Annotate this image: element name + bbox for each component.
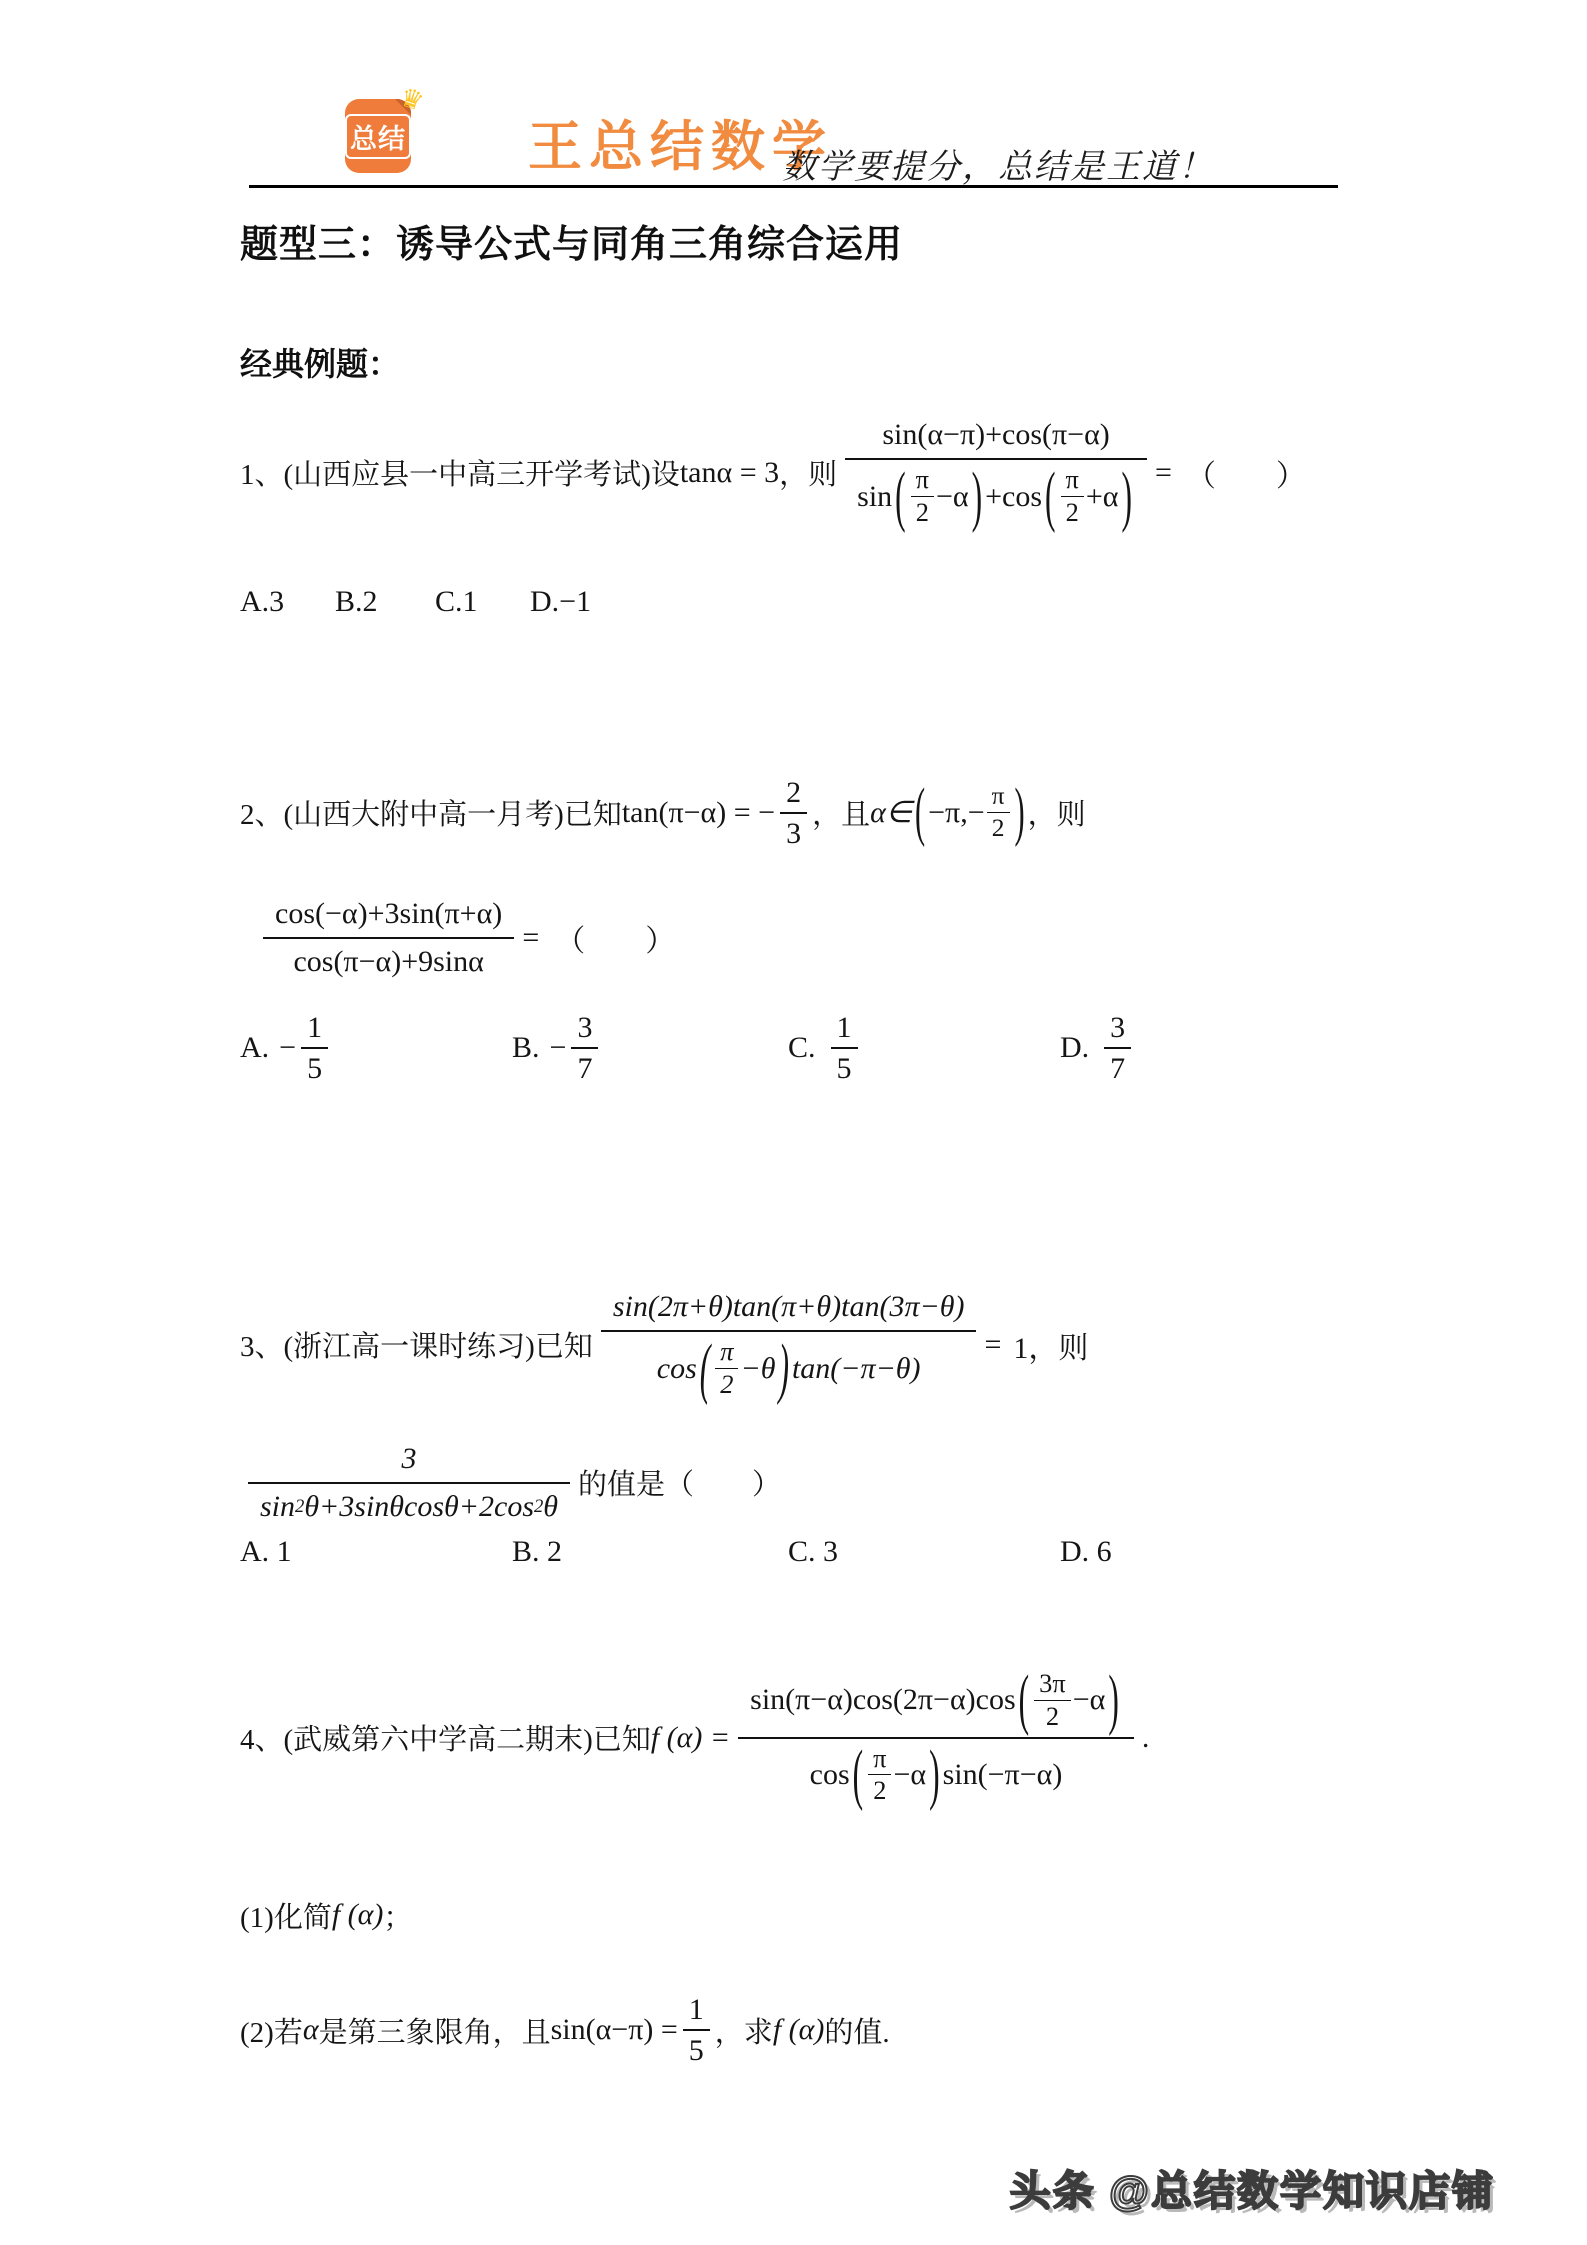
problem-3-fraction-2: 3 sin2θ+3sinθcosθ+2cos2θ <box>248 1440 570 1526</box>
problem-4-part-2: (2)若 α 是第三象限角，且 sin(α−π) = 1 5 ，求 f (α) … <box>240 1975 890 2085</box>
problem-1-then: ，则 <box>779 452 837 493</box>
fraction-denominator: sin2θ+3sinθcosθ+2cos2θ <box>248 1482 570 1526</box>
option-c: C. 3 <box>788 1535 1060 1569</box>
problem-3-lead: 3、(浙江高一课时练习)已知 <box>240 1324 593 1365</box>
small-denominator: 5 <box>301 1047 328 1085</box>
small-numerator: 3 <box>571 1011 598 1047</box>
math-token: −θ <box>740 1352 775 1386</box>
open-paren: ( <box>895 458 906 535</box>
part-2-end: 的值. <box>824 2010 889 2051</box>
problem-1-fraction: sin(α−π)+cos(π−α) sin ( π 2 −α ) +cos ( … <box>845 416 1147 528</box>
exponent: 2 <box>534 1496 543 1518</box>
small-numerator: 1 <box>683 1993 710 2029</box>
option-c: C.1 <box>435 585 530 619</box>
watermark-text: 头条 @总结数学知识店铺 <box>1010 2158 1495 2217</box>
small-numerator: 1 <box>831 1011 858 1047</box>
small-denominator: 2 <box>1034 1700 1071 1731</box>
small-numerator: π <box>868 1745 891 1775</box>
exponent: 2 <box>295 1496 304 1518</box>
logo-icon-text: 总结 <box>345 114 411 159</box>
math-token: sin(−π−α) <box>943 1758 1063 1792</box>
close-paren: ) <box>972 458 983 535</box>
fraction-numerator: sin(π−α)cos(2π−α)cos ( 3π 2 −α ) <box>738 1668 1134 1736</box>
problem-4-fraction: sin(π−α)cos(2π−α)cos ( 3π 2 −α ) cos ( π… <box>738 1668 1134 1807</box>
option-label: A. <box>240 1031 269 1065</box>
option-b: B.2 <box>335 585 435 619</box>
math-token: +cos <box>985 480 1042 514</box>
close-paren: ) <box>1122 458 1133 535</box>
option-b: B. − 3 7 <box>512 1011 788 1085</box>
function-name: f (α) = <box>651 1721 730 1755</box>
small-denominator: 2 <box>868 1774 891 1805</box>
alpha-in: α∈ <box>870 795 912 830</box>
small-denominator: 5 <box>831 1047 858 1085</box>
open-paren: ( <box>853 1736 864 1813</box>
small-numerator: 2 <box>780 776 807 812</box>
small-denominator: 2 <box>1061 496 1084 527</box>
option-fraction: 3 7 <box>1104 1011 1131 1085</box>
option-d: D. 3 7 <box>1060 1011 1136 1085</box>
fraction-denominator: cos(π−α)+9sinα <box>263 937 514 981</box>
small-denominator: 7 <box>571 1047 598 1085</box>
option-fraction: 1 5 <box>831 1011 858 1085</box>
problem-2-options: A. − 1 5 B. − 3 7 C. 1 5 D. 3 7 <box>240 1000 1136 1095</box>
equals-sign: = <box>984 1328 1001 1362</box>
part-2-mid: 是第三象限角，且 <box>319 2010 551 2051</box>
pi-over-2: π 2 <box>911 466 934 526</box>
math-token: θ+3sinθcosθ+2cos <box>304 1490 534 1524</box>
problem-4-lead: 4、(武威第六中学高二期末)已知 <box>240 1717 651 1758</box>
part-1-end: ； <box>383 1895 412 1936</box>
section-label: 经典例题： <box>240 339 400 385</box>
problem-1-condition: tanα = 3 <box>680 456 779 490</box>
small-denominator: 2 <box>987 812 1010 842</box>
small-numerator: 3π <box>1034 1670 1071 1700</box>
problem-3-expression: 3 sin2θ+3sinθcosθ+2cos2θ 的值是（ ） <box>240 1425 781 1540</box>
part-1-pre: (1)化简 <box>240 1895 332 1936</box>
option-c: C. 1 5 <box>788 1011 1060 1085</box>
header-divider <box>249 185 1338 188</box>
small-numerator: 1 <box>301 1011 328 1047</box>
problem-2-statement: 2、(山西大附中高一月考)已知 tan(π−α) = − 2 3 ，且 α∈ (… <box>240 755 1086 870</box>
close-paren: ) <box>1108 1662 1119 1739</box>
problem-3-fraction: sin(2π+θ)tan(π+θ)tan(3π−θ) cos ( π 2 −θ … <box>601 1288 977 1400</box>
two-thirds-fraction: 2 3 <box>780 776 807 850</box>
problem-1-options: A.3 B.2 C.1 D.−1 <box>240 585 591 619</box>
option-sign: − <box>279 1031 296 1065</box>
period: . <box>1142 1721 1150 1755</box>
option-a: A. − 1 5 <box>240 1011 512 1085</box>
small-numerator: π <box>715 1338 738 1368</box>
option-sign: − <box>550 1031 567 1065</box>
small-denominator: 5 <box>683 2029 710 2067</box>
equals-sign: = <box>522 921 539 955</box>
math-token: sin(π−α)cos(2π−α)cos <box>750 1683 1016 1717</box>
brand-logo: ♛ 总结 <box>345 99 411 173</box>
option-label: B. <box>512 1031 540 1065</box>
fraction-denominator: sin ( π 2 −α ) +cos ( π 2 +α ) <box>845 458 1147 528</box>
math-token: θ <box>543 1490 558 1524</box>
problem-1-lead: 1、(山西应县一中高三开学考试)设 <box>240 452 680 493</box>
part-2-condition: sin(α−π) = <box>551 2013 678 2047</box>
fraction-numerator: sin(2π+θ)tan(π+θ)tan(3π−θ) <box>601 1288 977 1330</box>
function-ref: f (α) <box>773 2013 825 2047</box>
fraction-numerator: sin(α−π)+cos(π−α) <box>845 416 1147 458</box>
pi-over-2: π 2 <box>868 1745 891 1805</box>
math-token: −α <box>936 480 969 514</box>
problem-3-options: A. 1 B. 2 C. 3 D. 6 <box>240 1535 1112 1569</box>
problem-2-lead: 2、(山西大附中高一月考)已知 <box>240 792 622 833</box>
option-d: D. 6 <box>1060 1535 1112 1569</box>
option-fraction: 1 5 <box>301 1011 328 1085</box>
problem-3-after-eq: 1，则 <box>1013 1323 1088 1367</box>
alpha-symbol: α <box>303 2013 319 2047</box>
small-denominator: 2 <box>911 496 934 527</box>
problem-2-fraction: cos(−α)+3sin(π+α) cos(π−α)+9sinα <box>263 895 514 981</box>
three-pi-over-2: 3π 2 <box>1034 1670 1071 1730</box>
fraction-numerator: 3 <box>248 1440 570 1482</box>
close-paren: ) <box>1015 775 1025 850</box>
pi-over-2: π 2 <box>987 783 1010 842</box>
open-paren: ( <box>700 1330 711 1407</box>
math-token: −α <box>893 1758 926 1792</box>
answer-blank: （ ） <box>1186 451 1306 495</box>
open-paren: ( <box>1019 1662 1030 1739</box>
small-numerator: π <box>911 466 934 496</box>
problem-1-statement: 1、(山西应县一中高三开学考试)设 tanα = 3 ，则 sin(α−π)+c… <box>240 405 1306 540</box>
math-token: cos <box>810 1758 850 1792</box>
option-a: A.3 <box>240 585 335 619</box>
small-denominator: 2 <box>715 1368 738 1399</box>
answer-blank: （ ） <box>555 916 675 960</box>
open-paren: ( <box>915 775 925 850</box>
page-title: 题型三：诱导公式与同角三角综合运用 <box>240 213 903 268</box>
option-fraction: 3 7 <box>571 1011 598 1085</box>
math-token: sin <box>260 1490 295 1524</box>
small-denominator: 3 <box>780 812 807 850</box>
problem-3-tail: 的值是（ ） <box>578 1462 781 1503</box>
one-fifth-fraction: 1 5 <box>683 1993 710 2067</box>
problem-2-condition: tan(π−α) = − <box>622 796 775 830</box>
brand-tagline: 数学要提分，总结是王道！ <box>782 139 1214 188</box>
math-token: +α <box>1086 480 1119 514</box>
fraction-denominator: cos ( π 2 −α ) sin(−π−α) <box>738 1737 1134 1807</box>
math-token: cos <box>657 1352 697 1386</box>
pi-over-2: π 2 <box>715 1338 738 1398</box>
problem-3-statement: 3、(浙江高一课时练习)已知 sin(2π+θ)tan(π+θ)tan(3π−θ… <box>240 1262 1088 1427</box>
option-label: C. <box>788 1031 816 1065</box>
part-2-post: ，求 <box>715 2010 773 2051</box>
interval-start: −π,− <box>928 796 984 830</box>
option-b: B. 2 <box>512 1535 788 1569</box>
problem-2-then: ，则 <box>1028 792 1086 833</box>
equals-sign: = <box>1155 456 1172 490</box>
pi-over-2: π 2 <box>1061 466 1084 526</box>
function-ref: f (α) <box>332 1898 384 1932</box>
small-denominator: 7 <box>1104 1047 1131 1085</box>
option-d: D.−1 <box>530 585 591 619</box>
fraction-numerator: cos(−α)+3sin(π+α) <box>263 895 514 937</box>
small-numerator: π <box>1061 466 1084 496</box>
problem-4-part-1: (1)化简 f (α) ； <box>240 1885 412 1945</box>
option-a: A. 1 <box>240 1535 512 1569</box>
problem-2-mid: ，且 <box>812 792 870 833</box>
fraction-denominator: cos ( π 2 −θ ) tan(−π−θ) <box>601 1330 977 1400</box>
small-numerator: π <box>987 783 1010 812</box>
math-token: −α <box>1073 1683 1106 1717</box>
open-paren: ( <box>1045 458 1056 535</box>
problem-2-expression: cos(−α)+3sin(π+α) cos(π−α)+9sinα = （ ） <box>255 880 675 995</box>
close-paren: ) <box>778 1330 789 1407</box>
part-2-pre: (2)若 <box>240 2010 303 2051</box>
math-token: tan(−π−θ) <box>792 1352 921 1386</box>
close-paren: ) <box>929 1736 940 1813</box>
problem-4-statement: 4、(武威第六中学高二期末)已知 f (α) = sin(π−α)cos(2π−… <box>240 1650 1149 1825</box>
small-numerator: 3 <box>1104 1011 1131 1047</box>
math-token: sin <box>857 480 892 514</box>
option-label: D. <box>1060 1031 1089 1065</box>
